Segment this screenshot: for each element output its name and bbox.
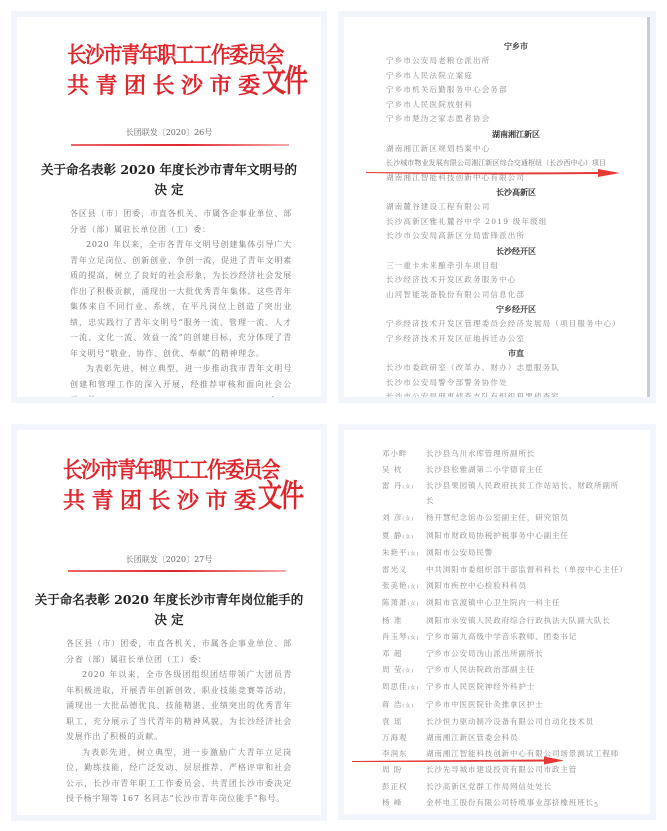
- honoree-role: 浏阳市公安局民警: [426, 545, 493, 562]
- organization-item: 长沙经济技术开发区政务服务中心: [386, 273, 646, 288]
- letterhead-line1: 长沙市青年职工工作委员会: [63, 452, 279, 484]
- organization-item: 长沙市委政研室（改革办、财办）志愿服务队: [386, 361, 646, 376]
- organization-item: 长沙高新区雅礼麓谷中学 2019 级年级组: [386, 215, 646, 230]
- organization-item: 宁乡市机关后勤服务中心会务部: [386, 83, 646, 98]
- region-heading: 宁乡经开区: [386, 302, 646, 317]
- honoree-name-text: 陈萧萧: [382, 598, 408, 607]
- paragraph: 2020 年以来，全市各青年文明号创建集体引导广大青年立足岗位、创新创业、争创一…: [70, 237, 292, 361]
- organization-item: 长沙市公安局警令部警务协作处: [386, 376, 646, 391]
- honoree-name: 刘 彦(女): [382, 510, 426, 527]
- honoree-name: 袁 瑶: [382, 714, 426, 730]
- honoree-role: 中共浏阳市委组织部干部监督科科长（单按中心主任）: [426, 562, 628, 578]
- honoree-name: 雷光义: [382, 562, 426, 578]
- document-panel-26-list: 宁乡市宁乡市公安局老粮仓派出所宁乡市人民法院立案庭宁乡市机关后勤服务中心会务部宁…: [338, 11, 656, 403]
- honoree-row: 邓小畔长沙县乌川水库管理所副所长: [382, 446, 650, 462]
- document-panel-27-cover: 长沙市青年职工工作委员会 共青团长沙市委 文件 长团联发〔2020〕27号 关于…: [11, 424, 327, 821]
- honoree-name-text: 吴 枕: [382, 465, 402, 474]
- honoree-name-text: 周 莹: [382, 665, 402, 674]
- honoree-name: 雷 丹(女): [382, 478, 426, 510]
- honoree-name: 陈萧萧(女): [382, 595, 426, 612]
- organization-item: 长沙市公安局刑事侦查支队有组织犯罪侦查室: [386, 390, 646, 397]
- honoree-name: 杨 准: [382, 613, 426, 629]
- honoree-row: 肖玉琴(女)宁乡市第九高级中学音乐教师、团委书记: [382, 629, 650, 646]
- organization-item: 宁乡市人民医院放射科: [386, 98, 646, 113]
- honoree-row: 袁 瑶长沙恒力驱动制冷设备有限公司自动化技术员: [382, 714, 650, 730]
- honoree-name: 夏 静(女): [382, 528, 426, 545]
- region-heading: 长沙高新区: [386, 185, 646, 200]
- organization-item: 三一重卡未来酿牵引车项目组: [386, 259, 646, 274]
- honoree-name: 彭正权: [382, 779, 426, 795]
- honoree-row: 张美艳(女)浏阳市疾控中心检验科科员: [382, 578, 650, 595]
- honoree-name-text: 雷 丹: [382, 481, 402, 490]
- letterhead: 长沙市青年职工工作委员会 共青团长沙市委 文件: [63, 452, 313, 522]
- honoree-role: 浏阳市疾控中心检验科科员: [426, 578, 527, 595]
- honoree-row: 万海观湖南湘江新区管委会科员: [382, 730, 650, 746]
- honoree-role: 浏阳市财政局协税护税事务中心副主任: [426, 528, 569, 545]
- document-page: 长沙市青年职工工作委员会 共青团长沙市委 文件 长团联发〔2020〕26号 关于…: [17, 17, 321, 397]
- honoree-role: 浏阳市永安镇人民政府综合行政执法大队副大队长: [426, 613, 611, 629]
- honoree-name: 周思佳(女): [382, 679, 426, 696]
- doc-title-line2: 决 定: [17, 180, 321, 200]
- female-marker: (女): [408, 551, 420, 557]
- honoree-name-text: 朱艳平: [382, 548, 408, 557]
- document-page: 长沙市青年职工工作委员会 共青团长沙市委 文件 长团联发〔2020〕27号 关于…: [17, 430, 321, 815]
- organization-item: 宁乡经济技术开发区管理委员会经济发展局（项目服务中心）: [386, 317, 646, 332]
- page-number: 5: [594, 802, 598, 809]
- honoree-name-text: 杨 准: [382, 616, 402, 625]
- honoree-row: 雷光义中共浏阳市委组织部干部监督科科长（单按中心主任）: [382, 562, 650, 578]
- document-page: 宁乡市宁乡市公安局老粮仓派出所宁乡市人民法院立案庭宁乡市机关后勤服务中心会务部宁…: [344, 17, 650, 397]
- honoree-name-text: 杨 峰: [382, 798, 402, 807]
- honoree-row: 雷 丹(女)长沙县果园镇人民政府扶贫工作站站长、财政所副所长: [382, 478, 650, 510]
- paragraph-salutation: 各区县（市）团委，市直各机关、市属各企事业单位、部分省（部）属驻长单位团（工）委…: [70, 206, 292, 237]
- honoree-row: 杨 峰金杯电工股份有限公司特缆事业部挤橡班班长: [382, 795, 650, 811]
- doc-title-line1: 关于命名表彰 2020 年度长沙市青年文明号的: [17, 160, 321, 180]
- honoree-name: 邓小畔: [382, 446, 426, 462]
- honoree-row: 夏 静(女)浏阳市财政局协税护税事务中心副主任: [382, 528, 650, 545]
- honoree-name-text: 袁 瑶: [382, 717, 402, 726]
- honoree-name: 周 莹(女): [382, 662, 426, 679]
- honoree-row: 吴 枕长沙县松雅湖第二小学德育主任: [382, 462, 650, 478]
- letterhead-suffix: 文件: [258, 470, 302, 516]
- letterhead-suffix: 文件: [262, 55, 306, 101]
- doc-title-line2: 决 定: [17, 610, 321, 630]
- doc-title: 关于命名表彰 2020 年度长沙市青年岗位能手的 决 定: [17, 590, 321, 630]
- document-panel-27-list: 邓小畔长沙县乌川水库管理所副所长吴 枕长沙县松雅湖第二小学德育主任雷 丹(女)长…: [338, 424, 656, 820]
- honoree-row: 刘 彦(女)杨开慧纪念馆办公室副主任，研究馆员: [382, 510, 650, 527]
- honoree-row: 周思佳(女)宁乡市人民医院神经外科护士: [382, 679, 650, 696]
- honoree-name-text: 周 盼: [382, 765, 402, 774]
- honoree-role: 长沙县乌川水库管理所副所长: [426, 446, 535, 462]
- honoree-name-text: 刘 彦: [382, 513, 402, 522]
- honoree-role: 宁乡市第九高级中学音乐教师、团委书记: [426, 629, 577, 646]
- honoree-name-text: 蒋 浩: [382, 700, 402, 709]
- region-heading: 湖南湘江新区: [386, 127, 646, 142]
- honoree-role: 金杯电工股份有限公司特缆事业部挤橡班班长: [426, 795, 594, 811]
- honoree-name: 邓 超: [382, 646, 426, 662]
- paragraph: 为表彰先进，树立典型，进一步推动我市青年文明号创建和管理工作的深入开展，经推荐审…: [70, 361, 292, 397]
- female-marker: (女): [402, 534, 414, 540]
- letterhead-line1: 长沙市青年职工工作委员会: [67, 37, 283, 69]
- honoree-name-text: 夏 静: [382, 531, 402, 540]
- honoree-name-text: 雷光义: [382, 565, 408, 574]
- document-panel-26-cover: 长沙市青年职工工作委员会 共青团长沙市委 文件 长团联发〔2020〕26号 关于…: [11, 11, 327, 403]
- red-divider: [68, 570, 286, 572]
- organization-item: 长沙市公安局高新区分局雷锋派出所: [386, 229, 646, 244]
- honoree-role: 宁乡市人民法院政治部副主任: [426, 662, 535, 679]
- organization-item: 宁乡经济技术开发区征地拆迁办公室: [386, 332, 646, 347]
- honoree-name-text: 周思佳: [382, 682, 408, 691]
- honoree-name: 万海观: [382, 730, 426, 746]
- honoree-name: 肖玉琴(女): [382, 629, 426, 646]
- paragraph: 为表彰先进，树立典型，进一步激励广大青年立足岗位，勤练技能，经广泛发动、层层推荐…: [66, 745, 292, 807]
- female-marker: (女): [408, 601, 420, 607]
- paragraph: 2020 年以来，全市各级团组织团结带领广大团员青年积极进取，开展青年创新创效、…: [66, 667, 292, 745]
- female-marker: (女): [402, 516, 414, 522]
- organization-item: 宁乡市公安局老粮仓派出所: [386, 54, 646, 69]
- organization-item: 宁乡市楚沩之家志愿者协会: [386, 112, 646, 127]
- annotation-arrow: [352, 756, 566, 766]
- honoree-role: 宁乡市人民医院神经外科护士: [426, 679, 535, 696]
- region-heading: 市直: [386, 346, 646, 361]
- female-marker: (女): [408, 685, 420, 691]
- female-marker: (女): [408, 635, 420, 641]
- honoree-name-text: 万海观: [382, 733, 408, 742]
- female-marker: (女): [408, 584, 420, 590]
- organization-item: 宁乡市人民法院立案庭: [386, 69, 646, 84]
- honoree-name: 杨 峰: [382, 795, 426, 811]
- honoree-name: 吴 枕: [382, 462, 426, 478]
- organization-list: 宁乡市宁乡市公安局老粮仓派出所宁乡市人民法院立案庭宁乡市机关后勤服务中心会务部宁…: [386, 39, 646, 397]
- honoree-name-text: 邓 超: [382, 649, 402, 658]
- red-divider: [71, 144, 289, 146]
- letterhead-line2: 共青团长沙市委: [63, 484, 263, 515]
- doc-body: 各区县（市）团委，市直各机关、市属各企事业单位、部分省（部）属驻长单位团（工）委…: [66, 636, 292, 807]
- honoree-name-text: 彭正权: [382, 782, 408, 791]
- female-marker: (女): [402, 668, 414, 674]
- organization-item: 山河智能装备股份有限公司信息化部: [386, 288, 646, 303]
- letterhead: 长沙市青年职工工作委员会 共青团长沙市委 文件: [67, 37, 317, 107]
- doc-number: 长团联发〔2020〕27号: [17, 554, 321, 565]
- organization-item: 湖南麓谷建设工程有限公司: [386, 200, 646, 215]
- letterhead-line2: 共青团长沙市委: [67, 69, 267, 100]
- honoree-role: 长沙县果园镇人民政府扶贫工作站站长、财政所副所长: [426, 478, 626, 510]
- document-page: 邓小畔长沙县乌川水库管理所副所长吴 枕长沙县松雅湖第二小学德育主任雷 丹(女)长…: [344, 430, 650, 814]
- organization-item: 湖南湘江新区规划档案中心: [386, 142, 646, 157]
- honoree-name-text: 肖玉琴: [382, 632, 408, 641]
- honoree-row: 周 莹(女)宁乡市人民法院政治部副主任: [382, 662, 650, 679]
- honoree-role: 浏阳市官渡镇中心卫生院内一科主任: [426, 595, 560, 612]
- page-number: 1: [271, 396, 275, 397]
- region-heading: 长沙经开区: [386, 244, 646, 259]
- honoree-row: 杨 准浏阳市永安镇人民政府综合行政执法大队副大队长: [382, 613, 650, 629]
- annotation-arrow: [366, 168, 622, 178]
- honoree-role: 湖南湘江新区管委会科员: [426, 730, 518, 746]
- honoree-role: 长沙高新区党群工作局网信处处长: [426, 779, 552, 795]
- honoree-row: 蒋 浩(女)宁乡市中医医院针灸推拿区护士: [382, 697, 650, 714]
- honoree-row: 陈萧萧(女)浏阳市官渡镇中心卫生院内一科主任: [382, 595, 650, 612]
- honoree-name-text: 张美艳: [382, 581, 408, 590]
- honoree-row: 朱艳平(女)浏阳市公安局民警: [382, 545, 650, 562]
- paragraph-salutation: 各区县（市）团委，市直各机关、市属各企事业单位、部分省（部）属驻长单位团（工）委…: [66, 636, 292, 667]
- honoree-name-text: 邓小畔: [382, 449, 408, 458]
- doc-title: 关于命名表彰 2020 年度长沙市青年文明号的 决 定: [17, 160, 321, 200]
- honoree-role: 宁乡市中医医院针灸推拿区护士: [426, 697, 544, 714]
- doc-number: 长团联发〔2020〕26号: [17, 127, 321, 138]
- honoree-role: 杨开慧纪念馆办公室副主任，研究馆员: [426, 510, 569, 527]
- honoree-row: 邓 超宁乡市公安局沩山派出所副所长: [382, 646, 650, 662]
- region-heading: 宁乡市: [386, 39, 646, 54]
- honoree-row: 彭正权长沙高新区党群工作局网信处处长: [382, 779, 650, 795]
- honoree-name: 张美艳(女): [382, 578, 426, 595]
- honoree-role: 长沙县松雅湖第二小学德育主任: [426, 462, 544, 478]
- doc-body: 各区县（市）团委，市直各机关、市属各企事业单位、部分省（部）属驻长单位团（工）委…: [70, 206, 292, 397]
- honoree-role: 长沙恒力驱动制冷设备有限公司自动化技术员: [426, 714, 594, 730]
- doc-title-line1: 关于命名表彰 2020 年度长沙市青年岗位能手的: [17, 590, 321, 610]
- female-marker: (女): [402, 484, 414, 490]
- female-marker: (女): [402, 703, 414, 709]
- honoree-role: 宁乡市公安局沩山派出所副所长: [426, 646, 544, 662]
- honoree-name: 朱艳平(女): [382, 545, 426, 562]
- honoree-name: 蒋 浩(女): [382, 697, 426, 714]
